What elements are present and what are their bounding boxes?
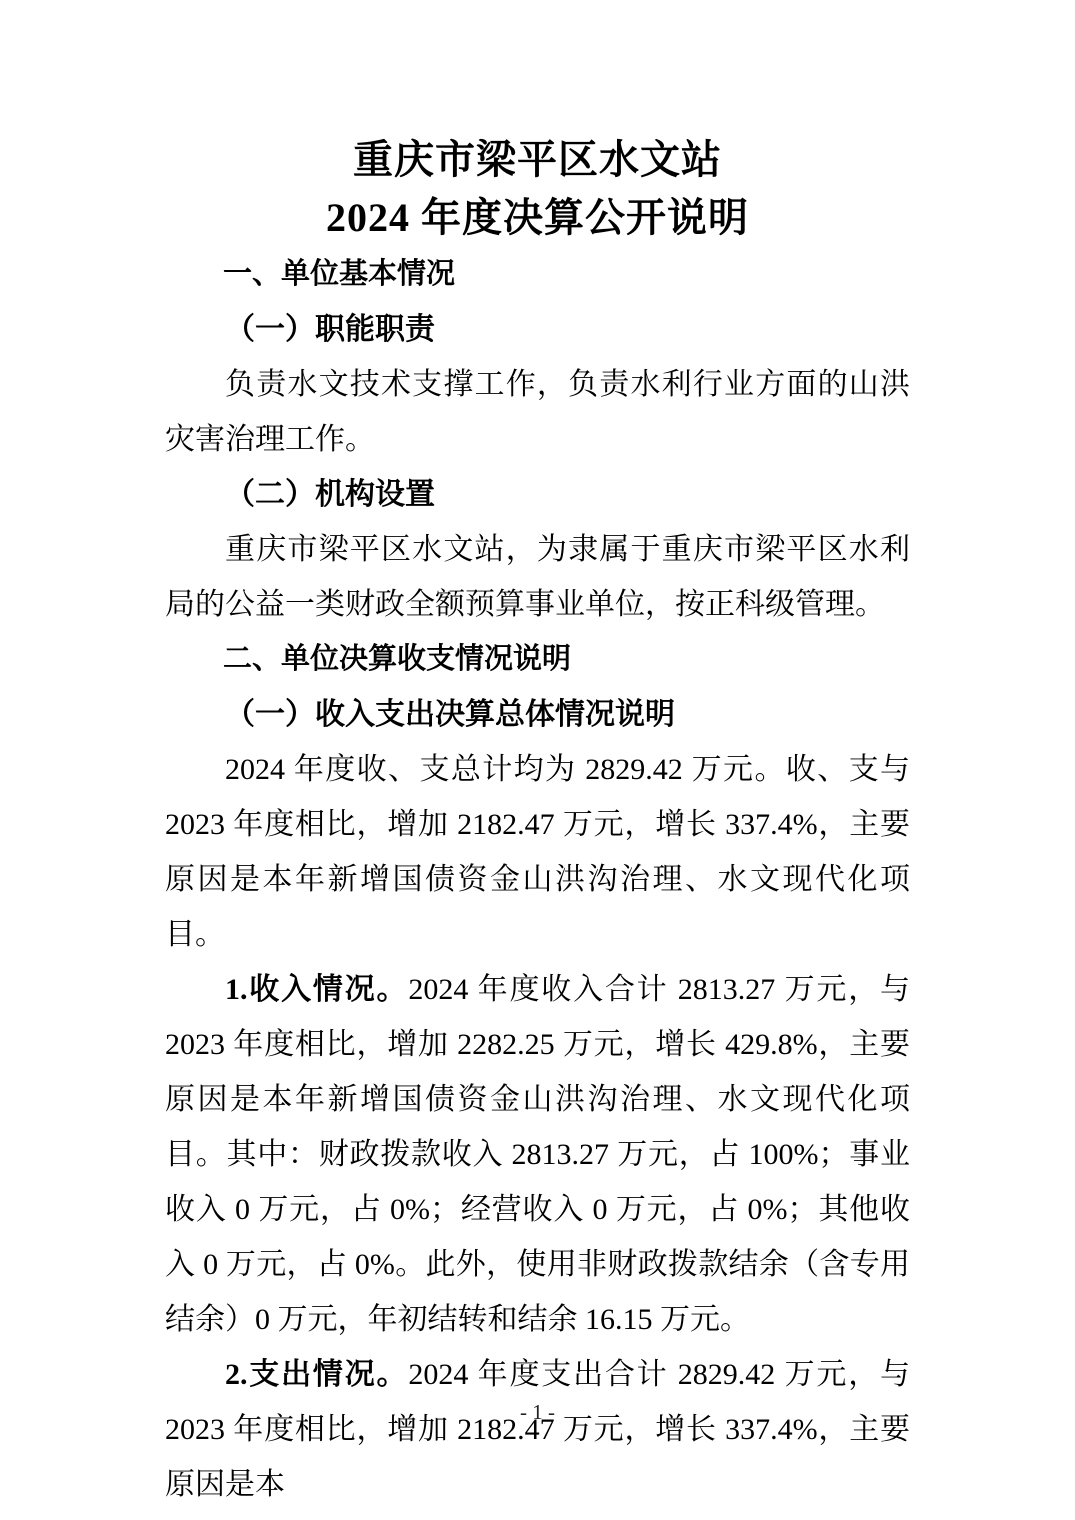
document-title-line1: 重庆市梁平区水文站	[165, 131, 910, 189]
paragraph-lead-expenditure: 2.支出情况。	[225, 1358, 408, 1391]
paragraph-lead-income: 1.收入情况。	[225, 973, 408, 1006]
paragraph-text-income: 2024 年度收入合计 2813.27 万元，与 2023 年度相比，增加 22…	[165, 973, 910, 1336]
body-paragraph-structure: 重庆市梁平区水文站，为隶属于重庆市梁平区水利局的公益一类财政全额预算事业单位，按…	[165, 522, 910, 632]
section-heading-1: 一、单位基本情况	[165, 247, 910, 302]
document-page: 重庆市梁平区水文站 2024 年度决算公开说明 一、单位基本情况 （一）职能职责…	[0, 0, 1075, 1520]
document-title-line2: 2024 年度决算公开说明	[165, 189, 910, 247]
body-paragraph-duties: 负责水文技术支撑工作，负责水利行业方面的山洪灾害治理工作。	[165, 357, 910, 467]
body-paragraph-overview: 2024 年度收、支总计均为 2829.42 万元。收、支与 2023 年度相比…	[165, 742, 910, 962]
document-content: 重庆市梁平区水文站 2024 年度决算公开说明 一、单位基本情况 （一）职能职责…	[165, 131, 910, 1512]
subsection-heading-duties: （一）职能职责	[165, 302, 910, 357]
subsection-heading-overview: （一）收入支出决算总体情况说明	[165, 687, 910, 742]
body-paragraph-income: 1.收入情况。2024 年度收入合计 2813.27 万元，与 2023 年度相…	[165, 962, 910, 1347]
page-number: - 1 -	[0, 1400, 1075, 1425]
body-paragraph-expenditure: 2.支出情况。2024 年度支出合计 2829.42 万元，与 2023 年度相…	[165, 1347, 910, 1512]
subsection-heading-structure: （二）机构设置	[165, 467, 910, 522]
section-heading-2: 二、单位决算收支情况说明	[165, 632, 910, 687]
document-title: 重庆市梁平区水文站 2024 年度决算公开说明	[165, 131, 910, 247]
